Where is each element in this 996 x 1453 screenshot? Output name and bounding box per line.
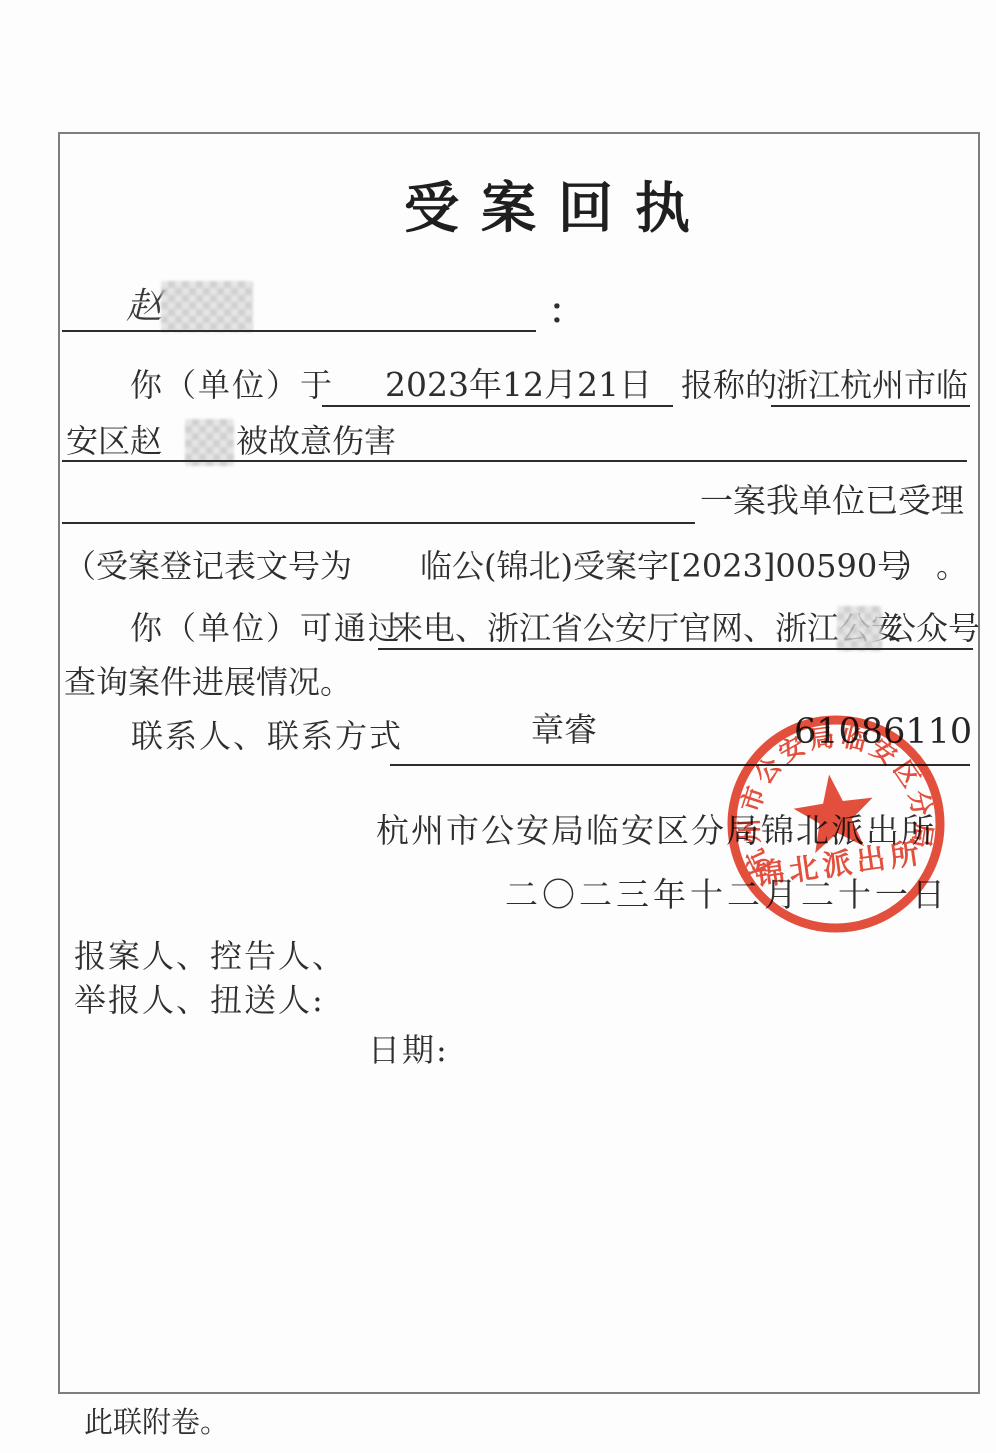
case-desc-underline-2 xyxy=(62,460,967,462)
privacy-mask-channel xyxy=(837,606,882,651)
privacy-mask-victim-name xyxy=(185,419,234,466)
case-desc-part2-after-mask: 被故意伤害 xyxy=(236,423,396,460)
footer-note: 此联附卷。 xyxy=(84,1406,229,1439)
privacy-mask-recipient-name xyxy=(161,281,253,332)
recipient-surname: 赵 xyxy=(126,286,162,327)
accepted-clause: 一案我单位已受理 xyxy=(700,482,964,520)
official-seal-stamp: 杭州市公安局临安区分局 锦北派出所 xyxy=(716,704,956,944)
recipient-underline xyxy=(62,330,536,332)
registry-close: ）。 xyxy=(898,548,990,585)
report-date-underline xyxy=(322,405,673,407)
contact-label: 联系人、联系方式 xyxy=(131,718,403,755)
body-line1-prefix: 你（单位）于 xyxy=(130,367,334,404)
ack-line2: 举报人、扭送人: xyxy=(74,982,325,1019)
channel-prefix: 你（单位）可通过 xyxy=(130,610,402,647)
recipient-colon: ： xyxy=(549,293,583,332)
case-desc-underline-3 xyxy=(62,522,695,524)
registry-open: （受案登记表文号为 xyxy=(64,548,352,585)
page-title: 受案回执 xyxy=(404,176,712,239)
scanned-document-page: { "doc": { "title": "受案回执", "recipient":… xyxy=(0,0,996,1453)
report-date: 2023年12月21日 xyxy=(385,366,652,404)
ack-date-label: 日期: xyxy=(368,1032,449,1069)
case-desc-part1: 浙江杭州市临 xyxy=(776,367,968,404)
case-desc-underline-1 xyxy=(771,405,970,407)
case-desc-part2-before-mask: 安区赵 xyxy=(66,423,162,460)
ack-line1: 报案人、控告人、 xyxy=(74,938,346,975)
channel-tail: 查询案件进展情况。 xyxy=(64,664,352,701)
channel-underline xyxy=(378,648,973,650)
channel-after-mask: 公众号 xyxy=(884,610,980,647)
body-line1-connector: 报称的 xyxy=(681,367,777,404)
contact-name: 章睿 xyxy=(531,711,597,749)
registry-number: 临公(锦北)受案字[2023]00590号 xyxy=(420,548,909,585)
seal-banner-text: 锦北派出所 xyxy=(752,835,926,892)
channel-before-mask: 来电、浙江省公安厅官网、浙江公安 xyxy=(391,610,903,647)
